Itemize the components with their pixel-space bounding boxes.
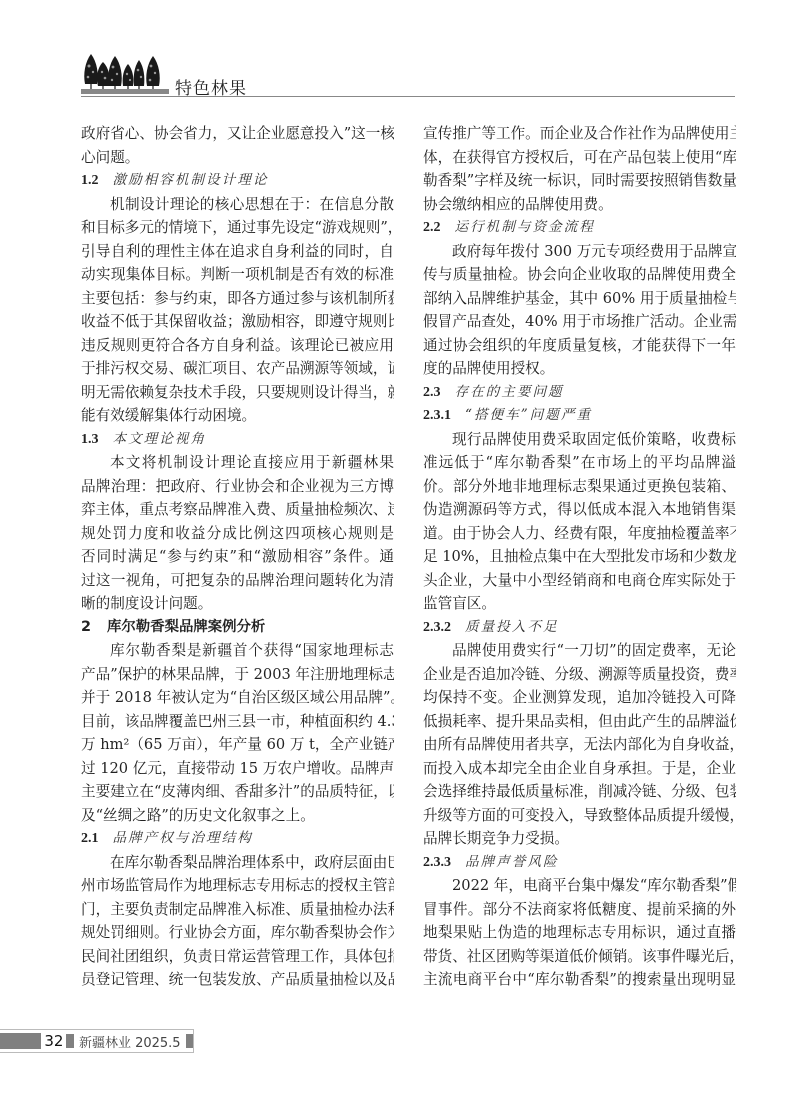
paragraph-line: 门，主要负责制定品牌准入标准、质量抽检办法和违 [81, 898, 394, 922]
paragraph-line: 规处罚力度和收益分成比例这四项核心规则是 [81, 522, 394, 546]
paragraph-line: 部纳入品牌维护基金，其中 60% 用于质量抽检与 [423, 287, 736, 311]
paragraph-line: 本文将机制设计理论直接应用于新疆林果 [81, 451, 394, 475]
paragraph-line: 心问题。 [81, 146, 394, 170]
heading-number: 2.1 [81, 831, 99, 846]
paragraph-line: 而投入成本却完全由企业自身承担。于是，企业 [423, 757, 736, 781]
right-column: 宣传推广等工作。而企业及合作社作为品牌使用主体，在获得官方授权后，可在产品包装上… [423, 122, 736, 992]
paragraph-line: 违反规则更符合各方自身利益。该理论已被应用 [81, 334, 394, 358]
paragraph-line: 过 120 亿元，直接带动 15 万农户增收。品牌声誉 [81, 757, 394, 781]
paragraph-line: 主要建立在“皮薄肉细、香甜多汁”的品质特征，以 [81, 780, 394, 804]
paragraph-line: 明无需依赖复杂技术手段，只要规则设计得当，就 [81, 381, 394, 405]
paragraph-line: 由所有品牌使用者共享，无法内部化为自身收益， [423, 733, 736, 757]
footer-square-left [66, 1034, 73, 1048]
paragraph-line: 主要包括：参与约束，即各方通过参与该机制所获 [81, 287, 394, 311]
paragraph-line: 政府省心、协会省力，又让企业愿意投入”这一核 [81, 122, 394, 146]
subsection-heading: 2.3.2质量投入不足 [423, 616, 736, 640]
paragraph-line: 在库尔勒香梨品牌治理体系中，政府层面由巴 [81, 851, 394, 875]
paragraph-line: 度的品牌使用授权。 [423, 357, 736, 381]
paragraph-line: 产品”保护的林果品牌，于 2003 年注册地理标志， [81, 663, 394, 687]
heading-title: 运行机制与资金流程 [455, 219, 595, 235]
subsection-heading: 2.3存在的主要问题 [423, 381, 736, 405]
paragraph-line: 规处罚细则。行业协会方面，库尔勒香梨协会作为 [81, 921, 394, 945]
paragraph-line: 假冒产品查处，40% 用于市场推广活动。企业需 [423, 310, 736, 334]
paragraph-line: 2022 年，电商平台集中爆发“库尔勒香梨”假 [423, 874, 736, 898]
paragraph-line: 头企业，大量中小型经销商和电商仓库实际处于 [423, 569, 736, 593]
paragraph-line: 州市场监管局作为地理标志专用标志的授权主管部 [81, 874, 394, 898]
paragraph-line: 准远低于“库尔勒香梨”在市场上的平均品牌溢 [423, 451, 736, 475]
paragraph-line: 宣传推广等工作。而企业及合作社作为品牌使用主 [423, 122, 736, 146]
paragraph-line: 否同时满足“参与约束”和“激励相容”条件。通 [81, 545, 394, 569]
paragraph-line: 政府每年拨付 300 万元专项经费用于品牌宣 [423, 240, 736, 264]
paragraph-line: 品牌治理：把政府、行业协会和企业视为三方博 [81, 475, 394, 499]
paragraph-line: 冒事件。部分不法商家将低糖度、提前采摘的外 [423, 898, 736, 922]
paragraph-line: 带货、社区团购等渠道低价倾销。该事件曝光后， [423, 945, 736, 969]
paragraph-line: 主流电商平台中“库尔勒香梨”的搜索量出现明显 [423, 968, 736, 992]
paragraph-line: 协会缴纳相应的品牌使用费。 [423, 193, 736, 217]
paragraph-line: 能有效缓解集体行动困境。 [81, 404, 394, 428]
paragraph-line: 低损耗率、提升果品卖相，但由此产生的品牌溢价 [423, 710, 736, 734]
paragraph-line: 现行品牌使用费采取固定低价策略，收费标 [423, 428, 736, 452]
footer-square-right [186, 1034, 193, 1048]
paragraph-line: 传与质量抽检。协会向企业收取的品牌使用费全 [423, 263, 736, 287]
subsection-heading: 2.3.3品牌声誉风险 [423, 851, 736, 875]
subsection-heading: 2.2运行机制与资金流程 [423, 216, 736, 240]
paragraph-line: 晰的制度设计问题。 [81, 592, 394, 616]
tree-row-icon [81, 50, 169, 94]
paragraph-line: 万 hm²（65 万亩），年产量 60 万 t，全产业链产值超 [81, 733, 394, 757]
heading-number: 2.3 [423, 385, 441, 400]
paragraph-line: 收益不低于其保留收益；激励相容，即遵守规则比 [81, 310, 394, 334]
paragraph-line: 引导自利的理性主体在追求自身利益的同时，自 [81, 240, 394, 264]
paragraph-line: 升级等方面的可变投入，导致整体品质提升缓慢， [423, 804, 736, 828]
paragraph-line: 民间社团组织，负责日常运营管理工作，具体包括会 [81, 945, 394, 969]
subsection-heading: 1.2激励相容机制设计理论 [81, 169, 394, 193]
heading-title: 激励相容机制设计理论 [113, 172, 269, 188]
heading-title: 质量投入不足 [465, 619, 559, 635]
footer-bar [0, 1033, 41, 1049]
paragraph-line: 道。由于协会人力、经费有限，年度抽检覆盖率不 [423, 522, 736, 546]
heading-number: 2.2 [423, 220, 441, 235]
page-number: 32 [44, 1032, 63, 1050]
paragraph-line: 目前，该品牌覆盖巴州三县一市，种植面积约 4.33 [81, 710, 394, 734]
journal-issue: 新疆林业 2025.5 [79, 1032, 181, 1051]
heading-number: 1.2 [81, 173, 99, 188]
left-column: 政府省心、协会省力，又让企业愿意投入”这一核心问题。1.2激励相容机制设计理论机… [81, 122, 394, 992]
paragraph-line: 及“丝绸之路”的历史文化叙事之上。 [81, 804, 394, 828]
paragraph-line: 企业是否追加冷链、分级、溯源等质量投资，费率 [423, 663, 736, 687]
paragraph-line: 均保持不变。企业测算发现，追加冷链投入可降 [423, 686, 736, 710]
heading-number: 1.3 [81, 432, 99, 447]
header-divider [81, 96, 735, 97]
paragraph-line: 足 10%，且抽检点集中在大型批发市场和少数龙 [423, 545, 736, 569]
paragraph-line: 品牌使用费实行“一刀切”的固定费率，无论 [423, 639, 736, 663]
paragraph-line: 监管盲区。 [423, 592, 736, 616]
page-footer: 32 新疆林业 2025.5 [0, 1029, 194, 1053]
heading-title: “搭便车”问题严重 [465, 407, 592, 423]
heading-title: 品牌产权与治理结构 [113, 830, 253, 846]
paragraph-line: 并于 2018 年被认定为“自治区级区域公用品牌”。 [81, 686, 394, 710]
paragraph-line: 品牌长期竞争力受损。 [423, 827, 736, 851]
heading-title: 存在的主要问题 [455, 384, 564, 400]
heading-number: 2.3.2 [423, 620, 451, 635]
paragraph-line: 库尔勒香梨是新疆首个获得“国家地理标志 [81, 639, 394, 663]
paragraph-line: 机制设计理论的核心思想在于：在信息分散 [81, 193, 394, 217]
heading-number: 2.3.1 [423, 408, 451, 423]
paragraph-line: 通过协会组织的年度质量复核，才能获得下一年 [423, 334, 736, 358]
paragraph-line: 体，在获得官方授权后，可在产品包装上使用“库尔 [423, 146, 736, 170]
heading-title: 库尔勒香梨品牌案例分析 [107, 619, 265, 635]
subsection-heading: 2.1品牌产权与治理结构 [81, 827, 394, 851]
subsection-heading: 2.3.1“搭便车”问题严重 [423, 404, 736, 428]
paragraph-line: 价。部分外地非地理标志梨果通过更换包装箱、 [423, 475, 736, 499]
subsection-heading: 1.3本文理论视角 [81, 428, 394, 452]
heading-number: 2 [81, 619, 91, 635]
paragraph-line: 弈主体，重点考察品牌准入费、质量抽检频次、违 [81, 498, 394, 522]
paragraph-line: 于排污权交易、碳汇项目、农产品溯源等领域，证 [81, 357, 394, 381]
paragraph-line: 和目标多元的情境下，通过事先设定“游戏规则”， [81, 216, 394, 240]
paragraph-line: 动实现集体目标。判断一项机制是否有效的标准 [81, 263, 394, 287]
page-header: 特色林果 [81, 46, 735, 98]
paragraph-line: 过这一视角，可把复杂的品牌治理问题转化为清 [81, 569, 394, 593]
paragraph-line: 伪造溯源码等方式，得以低成本混入本地销售渠 [423, 498, 736, 522]
paragraph-line: 勒香梨”字样及统一标识，同时需要按照销售数量向 [423, 169, 736, 193]
heading-number: 2.3.3 [423, 855, 451, 870]
paragraph-line: 会选择维持最低质量标准，削减冷链、分级、包装 [423, 780, 736, 804]
paragraph-line: 地梨果贴上伪造的地理标志专用标识，通过直播 [423, 921, 736, 945]
heading-title: 品牌声誉风险 [465, 854, 559, 870]
heading-title: 本文理论视角 [113, 431, 207, 447]
paragraph-line: 员登记管理、统一包装发放、产品质量抽检以及品牌 [81, 968, 394, 992]
section-heading: 2库尔勒香梨品牌案例分析 [81, 616, 394, 640]
